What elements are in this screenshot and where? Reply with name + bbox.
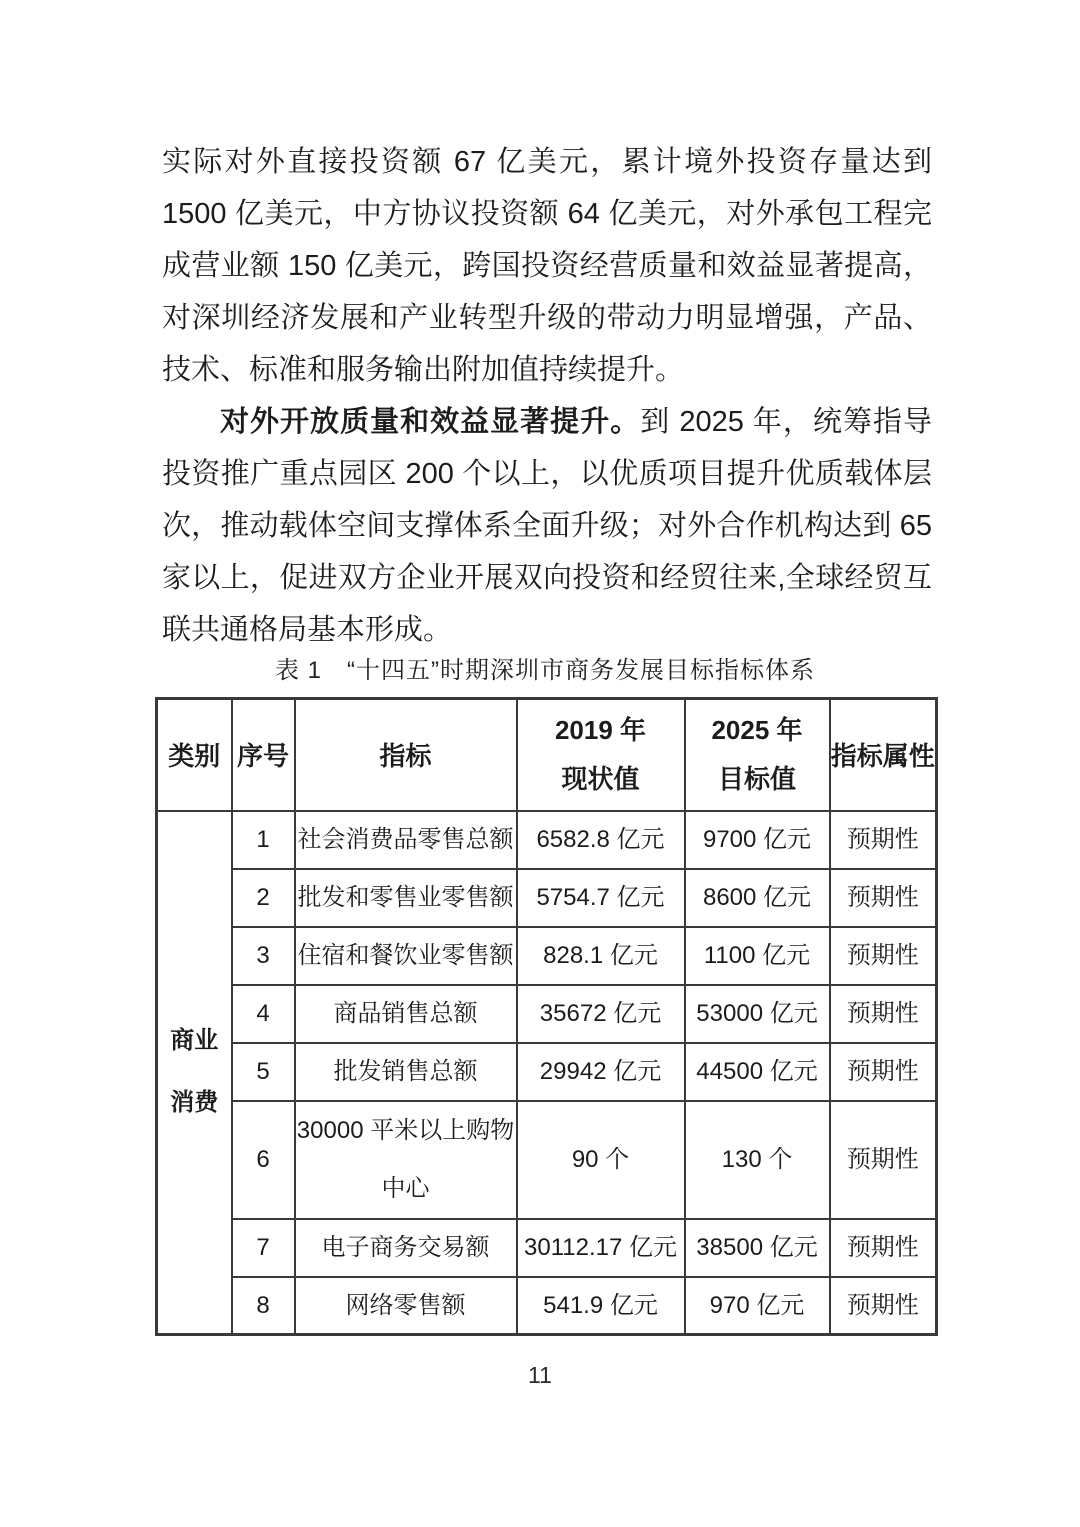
cell-2019-value: 90 个: [517, 1101, 685, 1219]
category-cell: 商业 消费: [157, 811, 232, 1335]
cell-attribute: 预期性: [830, 1101, 937, 1219]
header-index: 序号: [232, 699, 295, 811]
header-attribute: 指标属性: [830, 699, 937, 811]
cell-attribute: 预期性: [830, 985, 937, 1043]
cell-2019-value: 5754.7 亿元: [517, 869, 685, 927]
cell-indicator: 网络零售额: [295, 1277, 517, 1335]
cell-2025-value: 130 个: [685, 1101, 830, 1219]
cell-2019-value: 541.9 亿元: [517, 1277, 685, 1335]
cell-2025-value: 44500 亿元: [685, 1043, 830, 1101]
cell-attribute: 预期性: [830, 1043, 937, 1101]
cell-2025-value: 38500 亿元: [685, 1219, 830, 1277]
cell-index: 4: [232, 985, 295, 1043]
cell-2025-value: 53000 亿元: [685, 985, 830, 1043]
category-line2: 消费: [158, 1072, 231, 1134]
table-row: 2 批发和零售业零售额 5754.7 亿元 8600 亿元 预期性: [157, 869, 937, 927]
category-line1: 商业: [158, 1010, 231, 1072]
document-body: 实际对外直接投资额 67 亿美元，累计境外投资存量达到 1500 亿美元，中方协…: [162, 136, 932, 656]
paragraph-text: 实际对外直接投资额 67 亿美元，累计境外投资存量达到 1500 亿美元，中方协…: [162, 146, 932, 386]
page-number: 11: [0, 1362, 1080, 1389]
cell-indicator: 批发和零售业零售额: [295, 869, 517, 927]
cell-2019-value: 29942 亿元: [517, 1043, 685, 1101]
header-2019-current: 2019 年 现状值: [517, 699, 685, 811]
table-row: 4 商品销售总额 35672 亿元 53000 亿元 预期性: [157, 985, 937, 1043]
table-row: 5 批发销售总额 29942 亿元 44500 亿元 预期性: [157, 1043, 937, 1101]
header-2025-line2: 目标值: [686, 755, 829, 804]
table-row: 6 30000 平米以上购物中心 90 个 130 个 预期性: [157, 1101, 937, 1219]
table-row: 7 电子商务交易额 30112.17 亿元 38500 亿元 预期性: [157, 1219, 937, 1277]
paragraph-opening-quality: 对外开放质量和效益显著提升。到 2025 年，统筹指导投资推广重点园区 200 …: [162, 396, 932, 656]
cell-2019-value: 6582.8 亿元: [517, 811, 685, 869]
cell-index: 3: [232, 927, 295, 985]
table-caption: 表 1 “十四五”时期深圳市商务发展目标指标体系: [155, 650, 935, 685]
cell-2025-value: 970 亿元: [685, 1277, 830, 1335]
paragraph-bold-lead: 对外开放质量和效益显著提升。: [220, 406, 640, 438]
cell-attribute: 预期性: [830, 927, 937, 985]
cell-2025-value: 8600 亿元: [685, 869, 830, 927]
header-category: 类别: [157, 699, 232, 811]
cell-index: 6: [232, 1101, 295, 1219]
header-2019-line1: 2019 年: [518, 706, 684, 755]
header-2025-target: 2025 年 目标值: [685, 699, 830, 811]
header-2019-line2: 现状值: [518, 755, 684, 804]
header-2025-line1: 2025 年: [686, 706, 829, 755]
cell-indicator: 批发销售总额: [295, 1043, 517, 1101]
header-indicator: 指标: [295, 699, 517, 811]
cell-indicator: 电子商务交易额: [295, 1219, 517, 1277]
cell-2019-value: 828.1 亿元: [517, 927, 685, 985]
cell-indicator: 商品销售总额: [295, 985, 517, 1043]
indicator-table: 类别 序号 指标 2019 年 现状值 2025 年 目标值 指标属性 商业 消…: [155, 697, 938, 1336]
table-body: 商业 消费 1 社会消费品零售总额 6582.8 亿元 9700 亿元 预期性 …: [157, 811, 937, 1335]
cell-2025-value: 9700 亿元: [685, 811, 830, 869]
paragraph-text: 到 2025 年，统筹指导投资推广重点园区 200 个以上，以优质项目提升优质载…: [162, 406, 932, 646]
cell-attribute: 预期性: [830, 811, 937, 869]
cell-index: 1: [232, 811, 295, 869]
cell-index: 8: [232, 1277, 295, 1335]
cell-attribute: 预期性: [830, 1277, 937, 1335]
table-header-row: 类别 序号 指标 2019 年 现状值 2025 年 目标值 指标属性: [157, 699, 937, 811]
table-row: 8 网络零售额 541.9 亿元 970 亿元 预期性: [157, 1277, 937, 1335]
cell-index: 5: [232, 1043, 295, 1101]
cell-indicator: 30000 平米以上购物中心: [295, 1101, 517, 1219]
cell-index: 7: [232, 1219, 295, 1277]
cell-index: 2: [232, 869, 295, 927]
cell-2025-value: 1100 亿元: [685, 927, 830, 985]
cell-indicator: 社会消费品零售总额: [295, 811, 517, 869]
paragraph-investment-figures: 实际对外直接投资额 67 亿美元，累计境外投资存量达到 1500 亿美元，中方协…: [162, 136, 932, 396]
table-row: 商业 消费 1 社会消费品零售总额 6582.8 亿元 9700 亿元 预期性: [157, 811, 937, 869]
cell-2019-value: 35672 亿元: [517, 985, 685, 1043]
cell-attribute: 预期性: [830, 1219, 937, 1277]
table-row: 3 住宿和餐饮业零售额 828.1 亿元 1100 亿元 预期性: [157, 927, 937, 985]
table-header: 类别 序号 指标 2019 年 现状值 2025 年 目标值 指标属性: [157, 699, 937, 811]
cell-indicator: 住宿和餐饮业零售额: [295, 927, 517, 985]
cell-2019-value: 30112.17 亿元: [517, 1219, 685, 1277]
cell-attribute: 预期性: [830, 869, 937, 927]
